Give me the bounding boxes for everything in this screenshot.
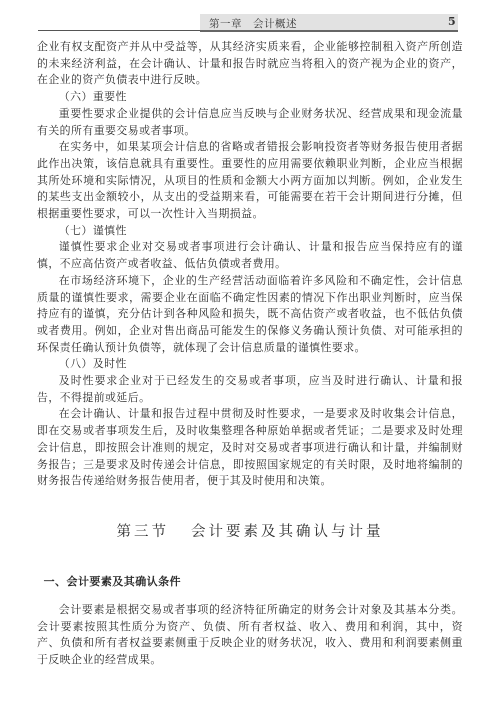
paragraph-elements: 会计要素是根据交易或者事项的经济特征所确定的财务会计对象及其基本分类。会计要素按…	[37, 602, 463, 669]
paragraph-timeliness-definition: 及时性要求企业对于已经发生的交易或者事项，应当及时进行确认、计量和报告，不得提前…	[37, 373, 463, 406]
section-number: 第三节	[117, 524, 170, 540]
subheading-elements: 一、会计要素及其确认条件	[37, 574, 463, 590]
page-number: 5	[448, 15, 456, 28]
section-title-text: 会计要素及其确认与计量	[191, 524, 384, 540]
section-title: 第三节会计要素及其确认与计量	[37, 522, 463, 542]
heading-timeliness: （八）及时性	[37, 356, 463, 373]
paragraph-timeliness-practice: 在会计确认、计量和报告过程中贯彻及时性要求，一是要求及时收集会计信息，即在交易或…	[37, 406, 463, 490]
running-title: 第一章 会计概述	[209, 16, 297, 31]
paragraph-materiality-practice: 在实务中，如果某项会计信息的省略或者错报会影响投资者等财务报告使用者据此作出决策…	[37, 139, 463, 223]
heading-prudence: （七）谨慎性	[37, 223, 463, 240]
paragraph-materiality-definition: 重要性要求企业提供的会计信息应当反映与企业财务状况、经营成果和现金流量有关的所有…	[37, 106, 463, 139]
paragraph-prudence-definition: 谨慎性要求企业对交易或者事项进行会计确认、计量和报告应当保持应有的谨慎，不应高估…	[37, 239, 463, 272]
paragraph-prudence-practice: 在市场经济环境下，企业的生产经营活动面临着许多风险和不确定性，会计信息质量的谨慎…	[37, 273, 463, 357]
page-body: 企业有权支配资产并从中受益等，从其经济实质来看，企业能够控制租入资产所创造的未来…	[37, 39, 463, 669]
heading-materiality: （六）重要性	[37, 89, 463, 106]
paragraph-continued: 企业有权支配资产并从中受益等，从其经济实质来看，企业能够控制租入资产所创造的未来…	[37, 39, 463, 89]
